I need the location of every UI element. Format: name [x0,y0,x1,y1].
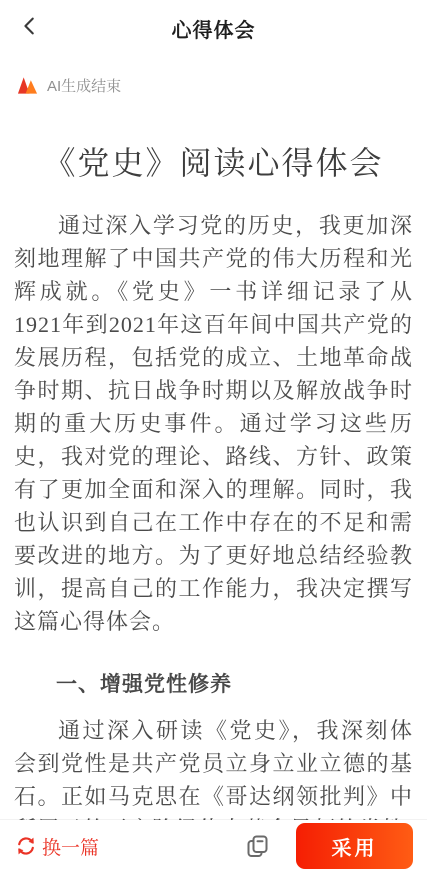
copy-button[interactable] [234,823,280,869]
section-heading: 一、增强党性修养 [14,668,413,698]
chevron-left-icon [19,15,41,42]
refresh-icon [16,836,36,856]
back-button[interactable] [10,8,50,48]
ai-status-label: AI生成结束 [47,75,121,96]
ai-status-row: AI生成结束 [0,74,427,96]
app-screen: 心得体会 AI生成结束 《党史》阅读心得体会 通过深入学习党的历史，我更加深刻地… [0,0,427,893]
page-title: 心得体会 [172,14,256,43]
clipped-text-region: 通过深入研读《党史》，我深刻体会到党性是共产党员立身立业立德的基石。正如马克思在… [14,714,413,836]
navbar: 心得体会 [0,0,427,56]
adopt-button[interactable]: 采用 [296,823,413,869]
ai-logo-icon [17,75,38,95]
bottom-action-bar: 换一篇 采用 [0,820,427,893]
regenerate-label: 换一篇 [42,833,99,860]
section-paragraph: 通过深入研读《党史》，我深刻体会到党性是共产党员立身立业立德的基石。正如马克思在… [14,714,413,836]
copy-pages-icon [244,833,271,860]
regenerate-button[interactable]: 换一篇 [16,823,99,869]
document-title: 《党史》阅读心得体会 [14,138,413,184]
intro-paragraph: 通过深入学习党的历史，我更加深刻地理解了中国共产党的伟大历程和光辉成就。《党史》… [14,209,413,638]
article: 《党史》阅读心得体会 通过深入学习党的历史，我更加深刻地理解了中国共产党的伟大历… [0,138,427,836]
